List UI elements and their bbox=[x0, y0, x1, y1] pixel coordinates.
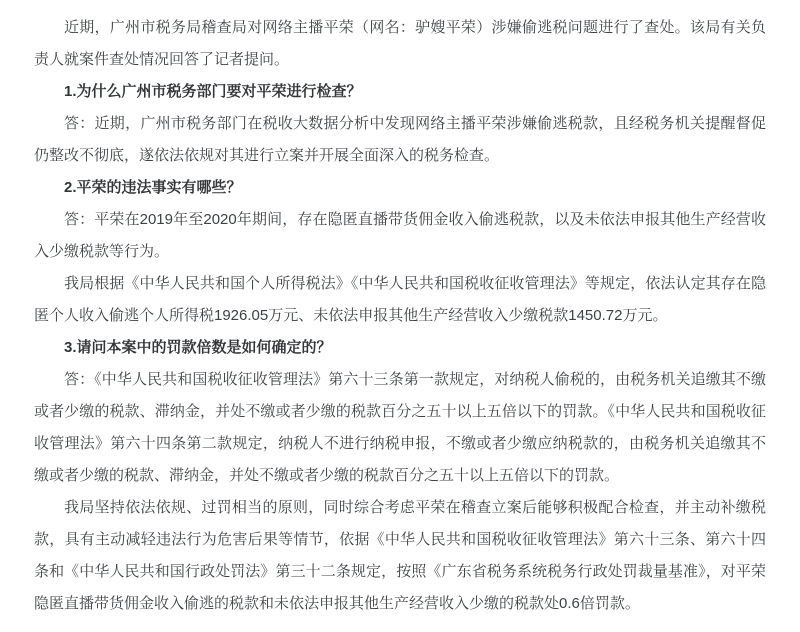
answer-3-paragraph-2: 我局坚持依法依规、过罚相当的原则，同时综合考虑平荣在稽查立案后能够积极配合检查，… bbox=[34, 492, 766, 620]
answer-3-paragraph-1: 答：《中华人民共和国税收征收管理法》第六十三条第一款规定，对纳税人偷税的，由税务… bbox=[34, 364, 766, 492]
question-2-heading: 2.平荣的违法事实有哪些？ bbox=[34, 172, 766, 204]
question-3-heading: 3.请问本案中的罚款倍数是如何确定的？ bbox=[34, 332, 766, 364]
answer-1-paragraph: 答：近期，广州市税务部门在税收大数据分析中发现网络主播平荣涉嫌偷逃税款，且经税务… bbox=[34, 108, 766, 172]
answer-2-paragraph-1: 答：平荣在2019年至2020年期间，存在隐匿直播带货佣金收入偷逃税款，以及未依… bbox=[34, 204, 766, 268]
question-1-heading: 1.为什么广州市税务部门要对平荣进行检查？ bbox=[34, 76, 766, 108]
answer-2-paragraph-2: 我局根据《中华人民共和国个人所得税法》《中华人民共和国税收征收管理法》等规定，依… bbox=[34, 268, 766, 332]
press-release-article: 近期，广州市税务局稽查局对网络主播平荣（网名：驴嫂平荣）涉嫌偷逃税问题进行了查处… bbox=[0, 0, 800, 620]
intro-paragraph: 近期，广州市税务局稽查局对网络主播平荣（网名：驴嫂平荣）涉嫌偷逃税问题进行了查处… bbox=[34, 12, 766, 76]
